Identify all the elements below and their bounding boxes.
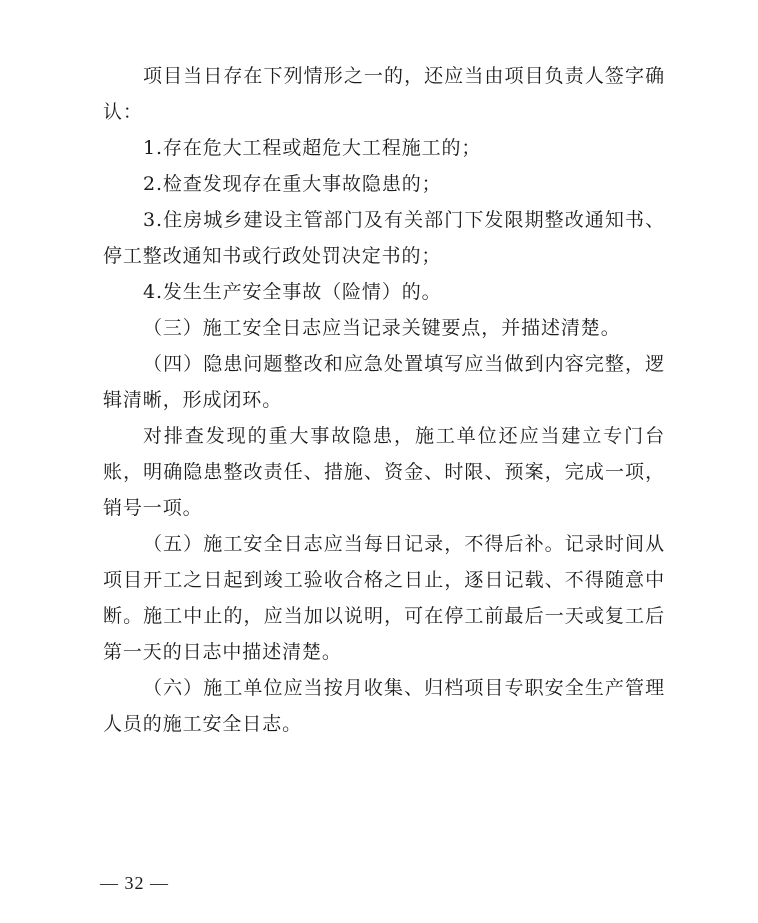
text-line: 账，明确隐患整改责任、措施、资金、时限、预案，完成一项， [103, 460, 665, 484]
text-line: 认： [103, 100, 665, 124]
text-line: 辑清晰，形成闭环。 [103, 388, 665, 412]
text-line: 停工整改通知书或行政处罚决定书的； [103, 244, 665, 268]
page-number: — 32 — [100, 872, 169, 894]
document-page: 项目当日存在下列情形之一的，还应当由项目负责人签字确认：1.存在危大工程或超危大… [0, 0, 758, 923]
text-line: （四）隐患问题整改和应急处置填写应当做到内容完整，逻 [143, 352, 665, 376]
text-line: 人员的施工安全日志。 [103, 712, 665, 736]
text-line: 1.存在危大工程或超危大工程施工的； [143, 136, 665, 160]
text-line: 4.发生生产安全事故（险情）的。 [143, 280, 665, 304]
text-line: 对排查发现的重大事故隐患，施工单位还应当建立专门台 [143, 424, 665, 448]
text-line: 项目当日存在下列情形之一的，还应当由项目负责人签字确 [143, 64, 665, 88]
text-line: （五）施工安全日志应当每日记录，不得后补。记录时间从 [143, 532, 665, 556]
text-line: 断。施工中止的，应当加以说明，可在停工前最后一天或复工后 [103, 604, 665, 628]
text-line: 2.检查发现存在重大事故隐患的； [143, 172, 665, 196]
text-line: （六）施工单位应当按月收集、归档项目专职安全生产管理 [143, 676, 665, 700]
text-line: 项目开工之日起到竣工验收合格之日止，逐日记载、不得随意中 [103, 568, 665, 592]
text-line: 销号一项。 [103, 496, 665, 520]
text-line: 第一天的日志中描述清楚。 [103, 640, 665, 664]
text-line: 3.住房城乡建设主管部门及有关部门下发限期整改通知书、 [143, 208, 665, 232]
text-line: （三）施工安全日志应当记录关键要点，并描述清楚。 [143, 316, 665, 340]
